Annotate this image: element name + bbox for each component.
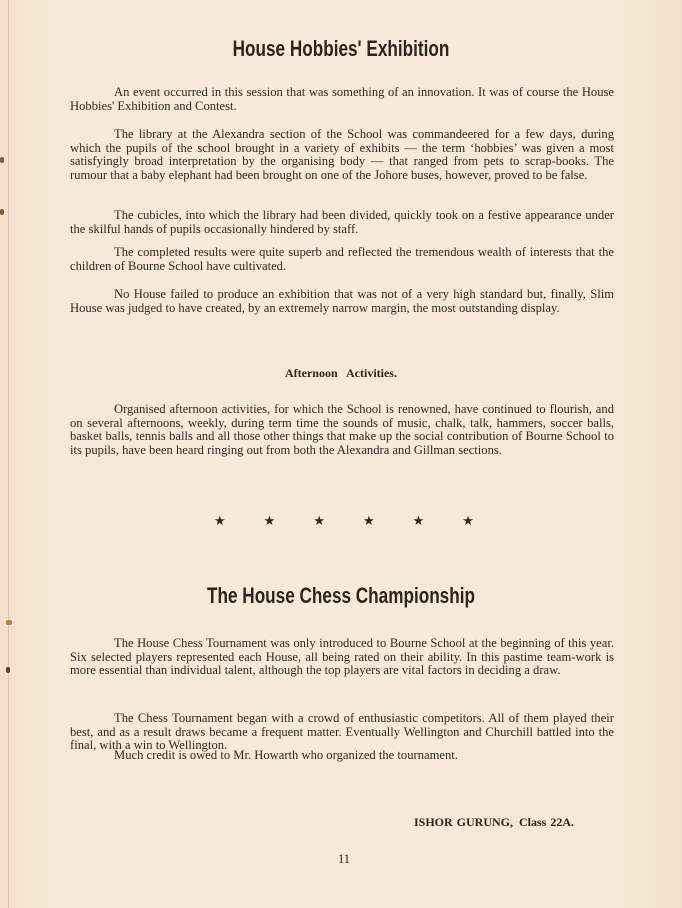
paragraph: Organised afternoon activities, for whic… [70,403,614,457]
binding-line [8,0,9,908]
star-icon: ★ [363,513,375,529]
author-name: ISHOR GURUNG, [414,815,513,829]
document-page: House Hobbies' Exhibition An event occur… [0,0,682,908]
binding-mark [6,620,12,625]
paragraph: The Chess Tournament began with a crowd … [70,712,614,753]
paragraph: Much credit is owed to Mr. Howarth who o… [70,749,614,763]
page-number: 11 [338,852,350,867]
section-heading-afternoon: Afternoon Activities. [0,366,682,381]
paragraph: The completed results were quite superb … [70,246,614,273]
star-icon: ★ [214,513,226,529]
star-icon: ★ [413,513,425,529]
paragraph: The cubicles, into which the library had… [70,209,614,236]
paragraph: The library at the Alexandra section of … [70,128,614,182]
binding-mark [0,209,4,215]
article-title-chess: The House Chess Championship [75,583,607,609]
article-title-hobbies: House Hobbies' Exhibition [75,36,607,62]
author-class: Class 22A. [519,815,574,829]
star-icon: ★ [313,513,325,529]
paragraph: An event occurred in this session that w… [70,86,614,113]
star-icon: ★ [462,513,474,529]
binding-mark [6,667,10,673]
paragraph: No House failed to produce an exhibition… [70,288,614,315]
binding-mark [0,157,4,163]
author-signature: ISHOR GURUNG,Class 22A. [414,815,574,830]
star-icon: ★ [264,513,276,529]
star-divider: ★ ★ ★ ★ ★ ★ [214,513,474,529]
paragraph: The House Chess Tournament was only intr… [70,637,614,678]
